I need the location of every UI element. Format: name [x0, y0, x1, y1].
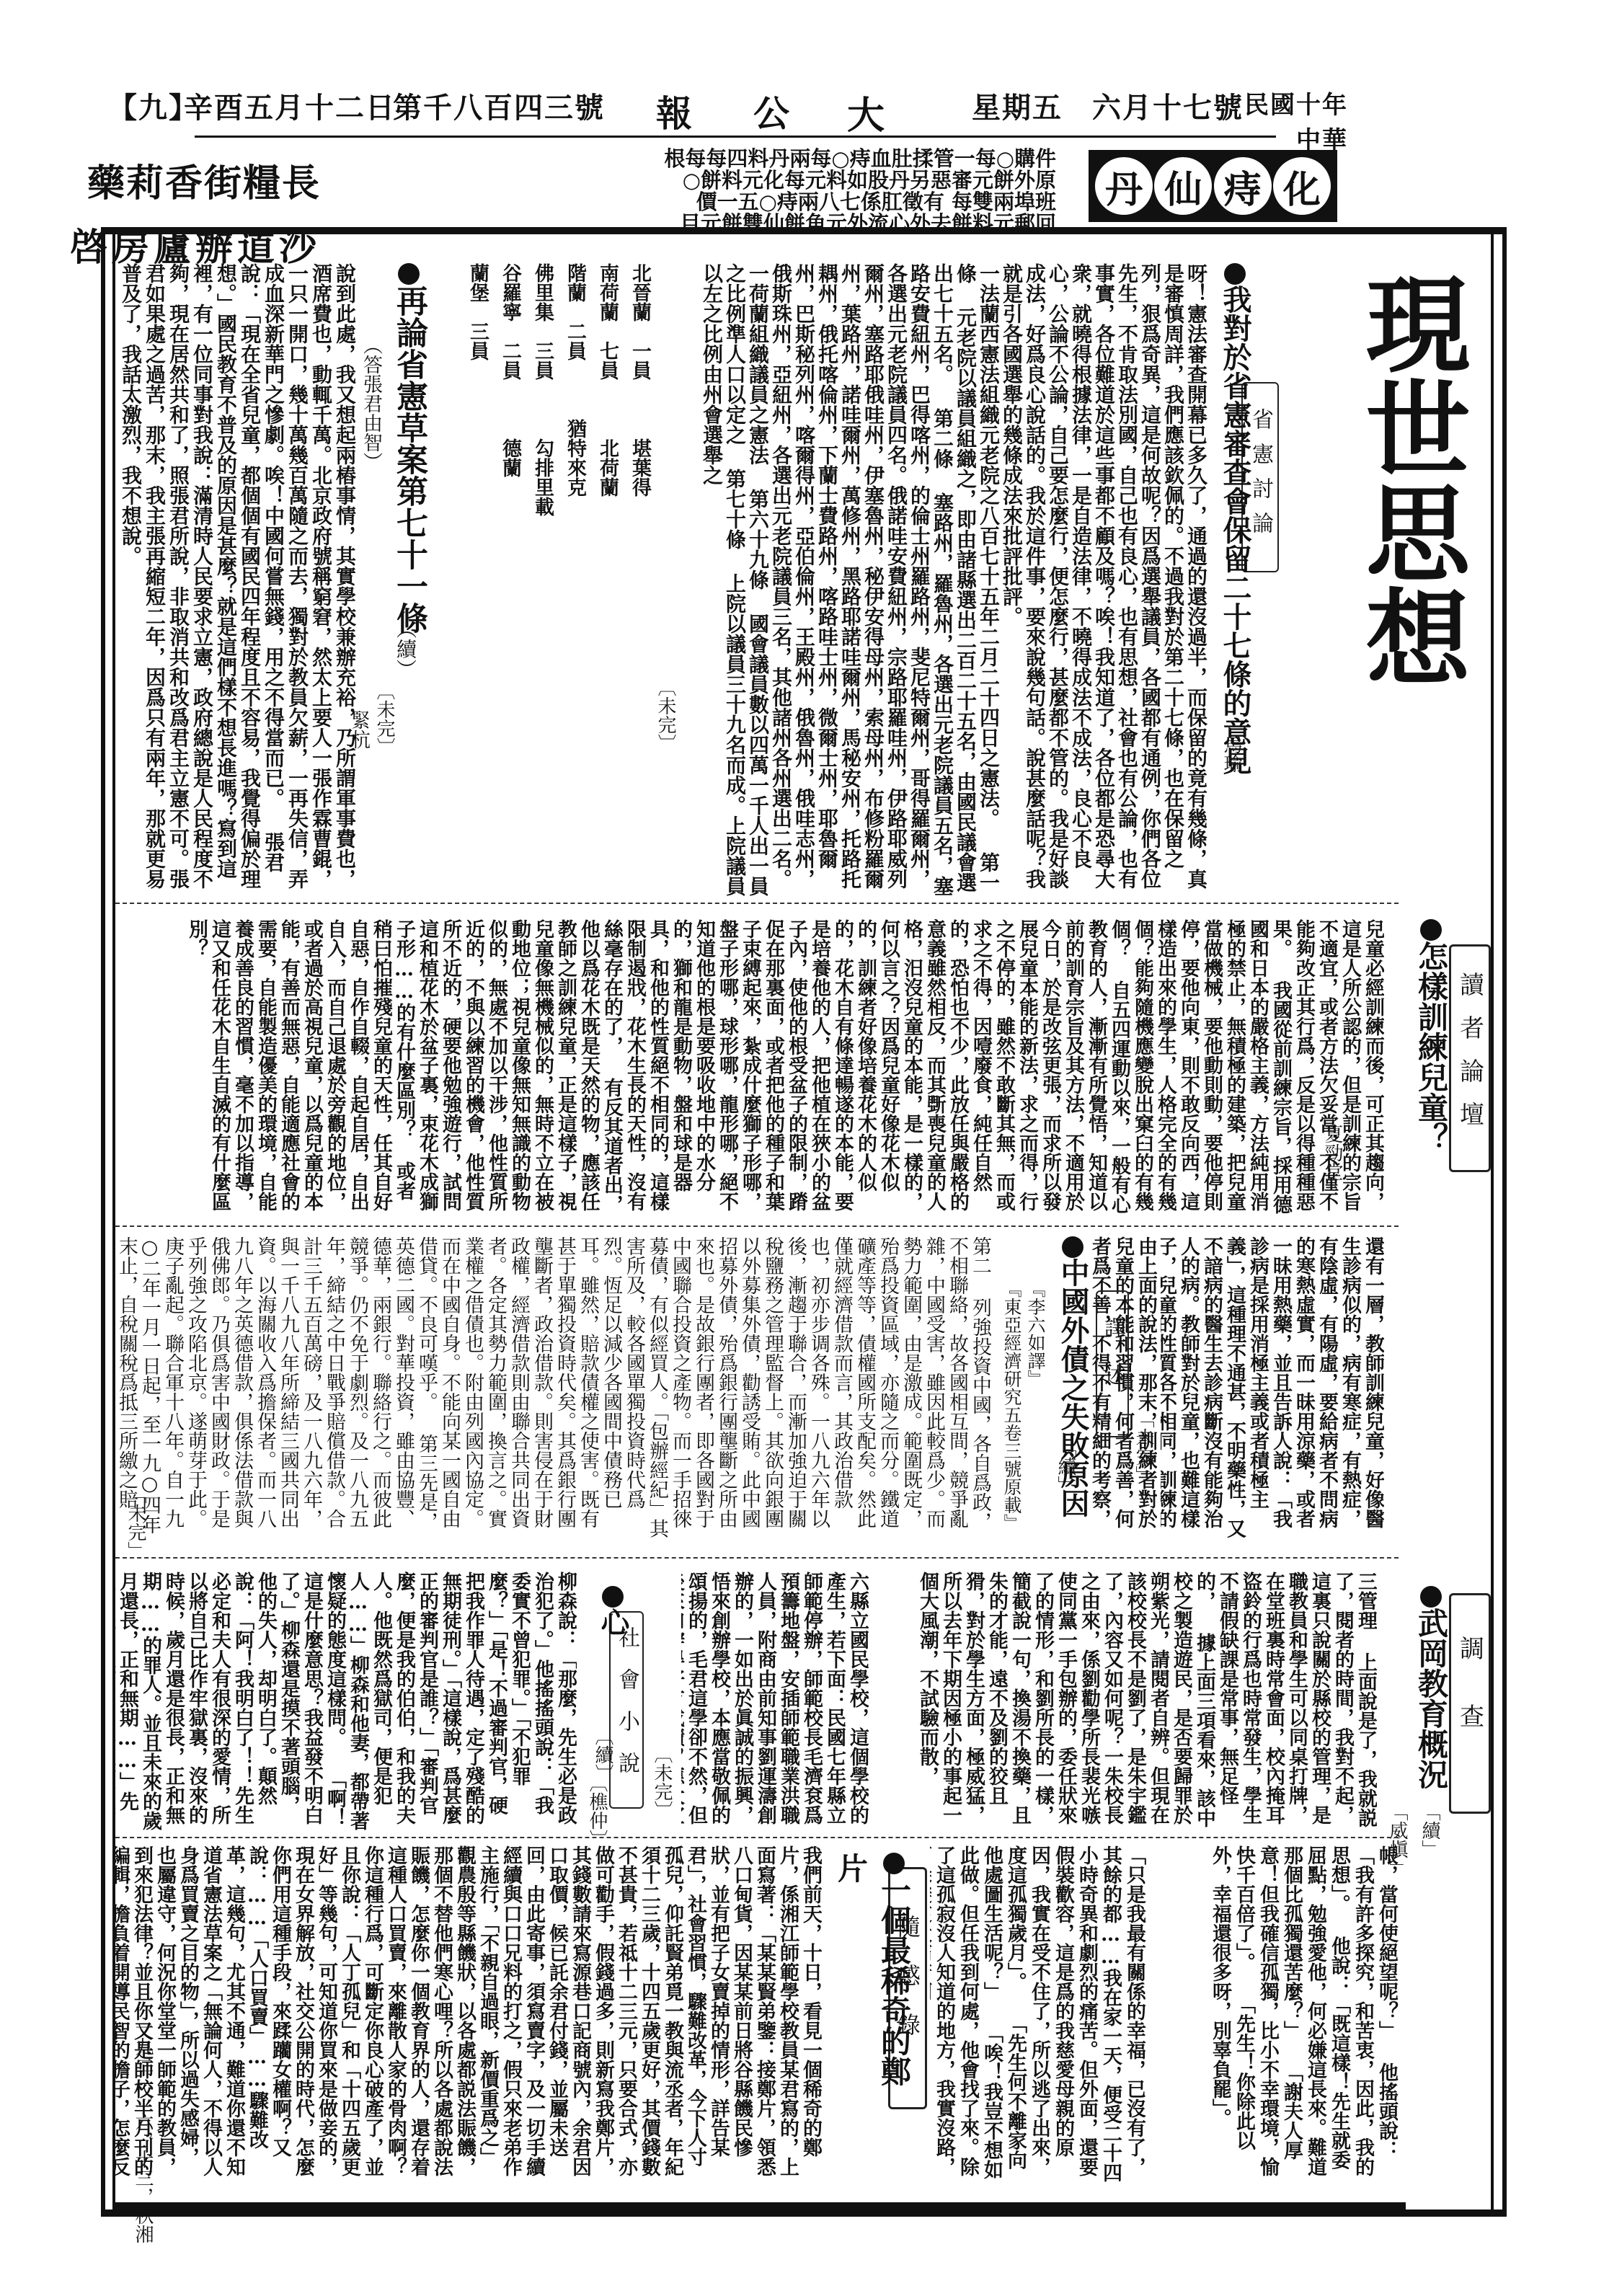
status-tag: （續） [391, 619, 420, 679]
date-western: 號七十月六 [1092, 85, 1244, 126]
column-title: 現世思想 [1348, 270, 1471, 688]
issue-number: 號三四百八千第 [393, 85, 605, 126]
paragraph: 據上面三項看來，該中校之製造遊民，是否要歸罪於朔紫光，請閱者自辨。但現在該校校長… [916, 1572, 1215, 1827]
paragraph: 「啊！這是什麼意思？我益發不明白了。」柳森還是摸不著頭腦，他的失人，却明白了。顛… [115, 1572, 346, 1830]
seat-row: 谷羅寧 二員 德蘭 [494, 263, 523, 652]
article-body: 兒童必經訓練而後，可正其趨向，這是人所公認的，但是訓練的宗旨不適宜，或者方法欠妥… [580, 919, 1384, 1215]
article-headline: 一個最稀奇的鄭片 [829, 1853, 916, 2112]
article-body: 第二 列強投資中國，各自爲政，不相聯絡，故各國相互間，競爭亂雜，中國受害，雖因此… [115, 1236, 991, 1539]
paper-name-char: 大 [847, 85, 886, 139]
article-body: 教師之訓練兒童，正是這樣子，視兒童像無機械似的，無時不立在被動地位；視兒童像無知… [115, 919, 577, 1215]
ad-banner: 丹 仙 痔 化 [1089, 150, 1337, 222]
article-body: 三管理 上面說是了，我就説了，閱者的時間，我對不起，這裏只說關於縣校的管理，是職… [872, 1572, 1377, 1831]
headline-text: 怎樣訓練兒童？ [1414, 941, 1449, 1153]
paragraph: 教師之訓練兒童，正是這樣子，視兒童像無機械似的，無時不立在被動地位；視兒童像無知… [393, 919, 577, 1211]
paragraph: 呀！憲法審查開幕已多久了，通過的還沒過半，而保留的竟有幾條，真是審慎周詳，我們應… [1000, 263, 1207, 889]
bullet-icon [1420, 919, 1442, 941]
paragraph: 第二 列強投資中國，各自爲政，不相聯絡，故各國相互間，競爭亂雜，中國受害，雖因此… [415, 1236, 991, 1538]
paragraph: 第二條 塞路州，羅魯州，各選出元老院議員五名，塞路安費紐州，巴得喀州，的倫士州羅… [769, 263, 954, 896]
article-headline: 我對於省憲審查會保留二十七條的意見 [1215, 263, 1256, 897]
section-divider [115, 903, 1399, 905]
bullet-icon [1224, 263, 1246, 285]
ad-line: 原外餅元審惡另丹股如料元每化元料餅○ [328, 169, 1056, 191]
seat-row: 佛里集 三員 勾排里載 [526, 263, 555, 652]
date-roc: 日二十月五酉辛 [184, 85, 396, 126]
paragraph: 或者稍曰怕摧殘兒童的天性，任其自好自惡，自作自輟，自起自居，自出自入，而自己退處… [185, 919, 415, 1211]
end-note: 〔未完〕 [652, 678, 679, 753]
dialog-line: 帳，當何使絕望呢？」 [1375, 1845, 1398, 2040]
section-label-readers-forum: 讀者論壇 [1449, 944, 1491, 1172]
status-tag: 「續」 [1052, 1438, 1079, 1494]
headline-text: 武岡教育概況 [1414, 1608, 1449, 1789]
article-body: 說到此處，我又想起兩樁事情，其實學校兼辦充裕，乃所謂軍事費也，酒席費也，動輒千萬… [115, 263, 357, 897]
bullet-icon [1420, 1586, 1442, 1608]
paragraph: 觀農殷等縣饑狀，以各處都説法賑饑，那個不替他們寒心哩？所以各處都說法賑饑，怎麼你… [115, 1845, 476, 2176]
paper-name-char: 公 [753, 85, 791, 137]
headline-text: 再論省憲草案第七十一條 [391, 285, 427, 634]
masthead: 【九】 日二十月五酉辛 號三四百八千第 報 公 大 五期星 號七十月六 年十國民… [108, 85, 1348, 127]
ad-banner-char: 丹 [1095, 157, 1153, 215]
paragraph: 六縣立國民學校，這個學校的產生，若下面：民國七年縣立師範停辦，師範校長毛濟袞爲預… [681, 1572, 869, 1825]
end-note: 「未完」 [1130, 1409, 1157, 1484]
paper-name-char: 報 [656, 85, 693, 137]
section-divider [115, 1225, 1399, 1228]
paragraph: 第三先是，英德二國。對華投資，雖由協豐、德華，兩銀行。聯絡行之。而彼此競爭。仍不… [115, 1236, 438, 1534]
bullet-icon [602, 1586, 624, 1608]
era-year: 年十國民華中 [1240, 85, 1348, 156]
seat-table: 北晉蘭 一員 堪葉得 南荷蘭 七員 北荷蘭 階蘭 二員 猶特來克 佛里集 三員 … [400, 263, 660, 652]
paragraph: 張君說：「現在全省兒童，都個個有國民四年程度且不容易，我覺得偏於理想。」國民教育… [119, 263, 285, 889]
bottom-rule [115, 2202, 1406, 2211]
dialog-body: 「只是我最有關係的幸福，已沒有了，其餘的都……我在家一天，便受二十四小時奇異和劇… [930, 1845, 1146, 2184]
subtitle: （答張君由智） [357, 335, 385, 471]
ad-line: 班埠兩雙每 有徵肛係七八兩痔○五一價 [328, 191, 1056, 213]
paragraph: 柳森說：「那麼，先生必是政治犯了。」他搖搖頭說：「我委實不曾犯罪。」「不犯罪麼？… [324, 1572, 577, 1830]
section-label-survey: 調查 [1449, 1593, 1491, 1814]
article-headline: 怎樣訓練兒童？ [1409, 919, 1453, 1323]
section-divider [115, 1837, 1399, 1840]
paragraph: 一法蘭西憲法組織元老院之八百七十五年二月二十四日之憲法。 [977, 263, 1000, 828]
article-body: 還有一層，教師訓練兒童，好像醫生診病似的，病有寒症，有熱症，有陰虛，有陽虛，要給… [1161, 1236, 1384, 1539]
frame-inner-line [1491, 234, 1494, 2209]
ad-banner-char: 痔 [1214, 157, 1272, 215]
ad-banner-char: 仙 [1154, 157, 1212, 215]
article-body: 我們前天，十日，看見一個稀奇的鄭片，係湘江師範學校教員某君寫的，上面寫著：「某某… [115, 1845, 822, 2184]
paragraph: 還有一層，教師訓練兒童，好像醫生診病似的，病有寒症，有熱症，有陰虛，有陽虛，要給… [1161, 1236, 1384, 1538]
section-divider [115, 1557, 1399, 1560]
bullet-icon [883, 1853, 905, 1874]
translator: 『李六如譯』 [1022, 1280, 1048, 1388]
byline: 馬瑜 [1218, 735, 1245, 773]
headline-text: 一個最稀奇的鄭片 [833, 1853, 912, 2086]
bullet-icon [1062, 1236, 1083, 1258]
paragraph: 自五四運動以來，一般有心教育的人，漸漸有所覺悟，知道以前的訓育宗旨及其方法，不適… [601, 919, 1130, 1214]
seat-row: 階蘭 二員 猶特來克 [559, 263, 588, 652]
center-ad-body: 件購○每一管揉肚血痔○每兩丹料四每每根 原外餅元審惡另丹股如料元每化元料餅○ 班… [328, 148, 1056, 234]
article-body: 六縣立國民學校，這個學校的產生，若下面：民國七年縣立師範停辦，師範校長毛濟袞爲預… [681, 1572, 869, 1831]
article-headline: 武岡教育概況 [1409, 1586, 1453, 1802]
article-headline: 再論省憲草案第七十一條 [386, 263, 432, 890]
ad-banner-char: 化 [1273, 157, 1331, 215]
end-note: 〔未完〕 [371, 681, 398, 756]
ad-shop-name: 長糧街香莉藥 [112, 153, 321, 207]
masthead-rule [195, 136, 1276, 138]
section-label-translation: 譯述 [1096, 1290, 1129, 1437]
seat-row: 北晉蘭 一員 堪葉得 [624, 263, 652, 652]
seat-row: 南荷蘭 七員 北荷蘭 [591, 263, 620, 652]
dialog-body: 帳，當何使絕望呢？」 他搖頭說：「我有許多探究，和苦衷，因此，我的思想」。 他說… [1150, 1845, 1399, 2184]
paragraph: 三管理 上面說是了，我就説了，閱者的時間，我對不起，這裏只說關於縣校的管理，是職… [1193, 1572, 1377, 1827]
paragraph: 說到此處，我又想起兩樁事情，其實學校兼辦充裕，乃所謂軍事費也，酒席費也，動輒千萬… [262, 263, 357, 889]
bullet-icon [398, 263, 420, 285]
ad-line: 件購○每一管揉肚血痔○每兩丹料四每每根 [328, 148, 1056, 169]
source: 『東亞經濟研究五卷三號原載』 [998, 1280, 1024, 1532]
article-body: 柳森說：「那麼，先生必是政治犯了。」他搖搖頭說：「我委實不曾犯罪。」「不犯罪麼？… [115, 1572, 577, 1831]
article-body: 呀！憲法審查開幕已多久了，通過的還沒過半，而保留的竟有幾條，真是審慎周詳，我們應… [663, 263, 1207, 897]
status-tag: 「續」 [1417, 1802, 1443, 1858]
paragraph: 我們前天，十日，看見一個稀奇的鄭片，係湘江師範學校教員某君寫的，上面寫著：「某某… [477, 1845, 822, 2176]
seat-row: 蘭堡 三員 [461, 263, 490, 652]
headline-text: 我對於省憲審查會保留二十七條的意見 [1218, 285, 1252, 775]
weekday: 五期星 [972, 85, 1063, 126]
headline-text: 心 [596, 1608, 630, 1636]
paragraph: 我國從前訓練宗旨，採用德國和日本的嚴格主義，方法純用消極的禁止，無積極的建築，把… [1108, 919, 1292, 1214]
article-headline: 心 [593, 1586, 634, 1658]
end-note: 〔未完〕 [649, 1745, 675, 1819]
end-note: 「未完」 [123, 1485, 149, 1560]
paragraph: 一荷蘭組織議員之憲法 [746, 263, 770, 465]
